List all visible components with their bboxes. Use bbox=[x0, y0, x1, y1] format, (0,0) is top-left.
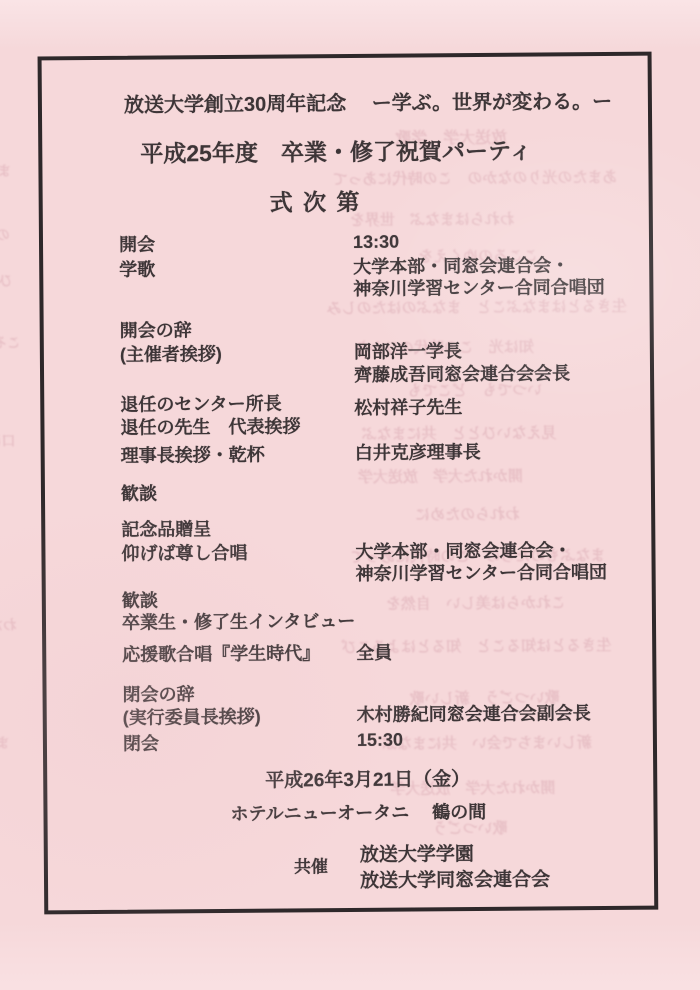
program-item-label: 歓談 bbox=[122, 591, 158, 612]
program-item-label: 仰げば尊し合唱 bbox=[121, 543, 247, 565]
scanned-program-sheet: 放送大学 学歌 あまたの光りのなかの この時代にあって われらはまなぶ 世界を … bbox=[0, 0, 700, 990]
program-item-label: 応援歌合唱『学生時代』 bbox=[122, 643, 320, 665]
program-item-label: (主催者挨拶) bbox=[120, 344, 222, 365]
program-item-label: 退任のセンター所長 bbox=[120, 394, 281, 416]
bleedthrough-text: わたる bbox=[0, 615, 17, 635]
program-item-value: 神奈川学習センター合同合唱団 bbox=[353, 277, 604, 300]
program-item-label: 理事長挨拶・乾杯 bbox=[121, 445, 265, 467]
program-item-value: 岡部洋一学長 bbox=[354, 341, 462, 363]
bleedthrough-text: の前に bbox=[0, 225, 10, 245]
program-item-label: (実行委員長挨拶) bbox=[123, 707, 261, 729]
event-title: 平成25年度 卒業・修了祝賀パーティ bbox=[140, 138, 532, 168]
program-item-value: 齊藤成吾同窓会連合会会長 bbox=[354, 363, 570, 385]
program-item-label: 開会 bbox=[119, 235, 155, 256]
program-item-value: 神奈川学習センター合同合唱団 bbox=[356, 562, 607, 585]
program-item-value: 15:30 bbox=[357, 730, 403, 751]
event-date: 平成26年3月21日（金） bbox=[265, 769, 470, 792]
program-item-value: 13:30 bbox=[353, 232, 399, 253]
program-item-value: 大学本部・同窓会連合会・ bbox=[355, 540, 571, 562]
program-item-label: 退任の先生 代表挨拶 bbox=[120, 416, 300, 438]
program-item-label: 学歌 bbox=[119, 260, 155, 281]
program-item-label: 開会の辞 bbox=[120, 320, 192, 341]
anniversary-title: 放送大学創立30周年記念 ー学ぶ。世界が変わる。ー bbox=[124, 91, 612, 118]
cohost-name: 放送大学学園 bbox=[360, 844, 474, 867]
program-item-value: 松村祥子先生 bbox=[354, 397, 462, 419]
cohost-label: 共催 bbox=[294, 857, 328, 877]
program-item-value: 全員 bbox=[356, 643, 392, 664]
bleedthrough-text: こそわが bbox=[0, 333, 21, 353]
bleedthrough-text: ひかり bbox=[0, 271, 12, 291]
venue: ホテルニューオータニ 鶴の間 bbox=[230, 802, 486, 825]
program-item-label: 歓談 bbox=[121, 484, 157, 505]
program-item-label: 閉会の辞 bbox=[122, 684, 194, 705]
bleedthrough-text: まなぶ bbox=[0, 161, 12, 181]
program-item-value: 白井克彦理事長 bbox=[355, 442, 481, 464]
cohost-name: 放送大学同窓会連合会 bbox=[360, 869, 550, 892]
program-item-label: 記念品贈呈 bbox=[121, 519, 211, 540]
bleedthrough-text: また bbox=[0, 733, 10, 753]
sheet-content: 放送大学 学歌 あまたの光りのなかの この時代にあって われらはまなぶ 世界を … bbox=[0, 0, 700, 990]
program-heading: 式 次 第 bbox=[270, 189, 362, 216]
program-item-value: 木村勝紀同窓会連合会副会長 bbox=[357, 703, 591, 726]
program-item-value: 大学本部・同窓会連合会・ bbox=[353, 255, 569, 277]
program-item-label: 卒業生・修了生インタビュー bbox=[122, 611, 355, 634]
program-item-label: 閉会 bbox=[123, 734, 159, 755]
bleedthrough-text: 口にが bbox=[0, 431, 16, 451]
